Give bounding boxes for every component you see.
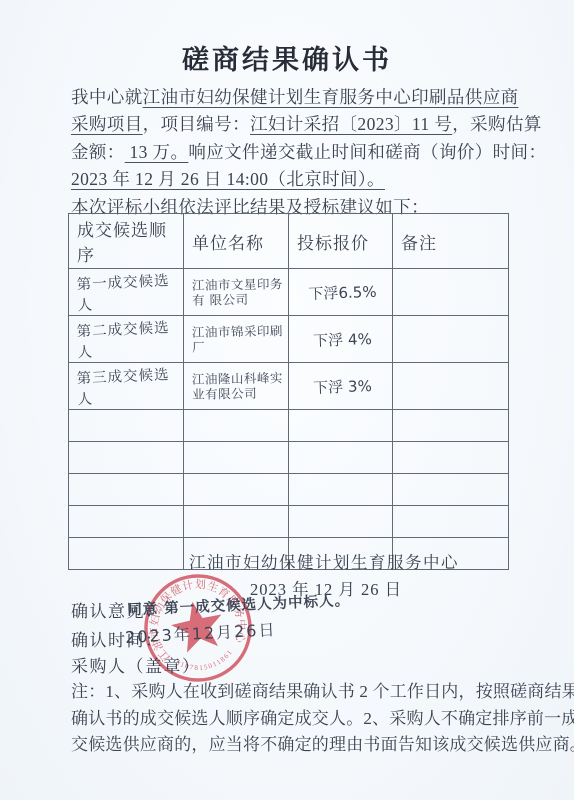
document-title: 磋商结果确认书 bbox=[0, 38, 574, 77]
footer-notes: 注：1、采购人在收到磋商结果确认书 2 个工作日内，按照磋商结果确认书的成交候选… bbox=[71, 679, 515, 759]
table-cell bbox=[393, 442, 509, 474]
handwritten-entry: 下浮6.5% bbox=[297, 280, 389, 304]
table-cell bbox=[289, 442, 393, 474]
table-cell bbox=[393, 474, 509, 506]
table-cell: 江油市锦采印刷厂 bbox=[184, 316, 289, 363]
plain-text: ，采购估算 bbox=[452, 114, 542, 134]
underlined-text: 江油市妇幼保健计划生育服务中心印刷品供应商 bbox=[143, 87, 519, 107]
table-cell bbox=[393, 316, 509, 363]
table-cell: 下浮 4% bbox=[289, 316, 393, 363]
handwritten-entry: 下浮 4% bbox=[297, 327, 389, 351]
intro-paragraph: 我中心就江油市妇幼保健计划生育服务中心印刷品供应商采购项目，项目编号：江妇计采招… bbox=[71, 84, 511, 221]
table-cell bbox=[184, 410, 289, 442]
table-cell: 下浮 3% bbox=[289, 363, 393, 410]
text-line: 采购项目，项目编号：江妇计采招〔2023〕11 号，采购估算 bbox=[71, 111, 511, 138]
column-header: 单位名称 bbox=[184, 214, 289, 269]
handwritten-entry: 江油市文星印务有 限公司 bbox=[192, 276, 285, 308]
table-cell: 第三成交候选人 bbox=[69, 363, 184, 410]
table-cell bbox=[289, 474, 393, 506]
scanned-document-page: 磋商结果确认书 我中心就江油市妇幼保健计划生育服务中心印刷品供应商采购项目，项目… bbox=[0, 0, 574, 800]
table-row bbox=[69, 442, 509, 474]
table-cell bbox=[393, 363, 509, 410]
table-row: 第一成交候选人江油市文星印务有 限公司下浮6.5% bbox=[69, 269, 509, 316]
column-header: 投标报价 bbox=[289, 214, 393, 269]
text-line: 我中心就江油市妇幼保健计划生育服务中心印刷品供应商 bbox=[71, 84, 511, 111]
table-cell bbox=[69, 506, 184, 538]
table-cell: 江油市文星印务有 限公司 bbox=[184, 269, 289, 316]
table-row: 成交候选顺序单位名称投标报价备注 bbox=[69, 214, 509, 269]
table-row bbox=[69, 506, 509, 538]
handwritten-entry: 下浮 3% bbox=[297, 374, 389, 398]
handwritten-entry: 江油隆山科峰实 业有限公司 bbox=[192, 370, 285, 402]
table-cell bbox=[184, 506, 289, 538]
column-header: 备注 bbox=[393, 214, 509, 269]
column-header: 成交候选顺序 bbox=[69, 214, 184, 269]
table-cell bbox=[393, 410, 509, 442]
plain-text: ，项目编号： bbox=[143, 114, 250, 134]
table-cell: 第一成交候选人 bbox=[69, 269, 184, 316]
text-line: 金额： 13 万。响应文件递交截止时间和磋商（询价）时间： bbox=[71, 139, 511, 166]
handwritten-entry: 第二成交候选人 bbox=[76, 316, 180, 362]
table-row bbox=[69, 474, 509, 506]
plain-text: 我中心就 bbox=[71, 87, 143, 107]
text-line: 2023 年 12 月 26 日 14:00（北京时间）。 bbox=[71, 166, 511, 193]
table-cell: 江油隆山科峰实 业有限公司 bbox=[184, 363, 289, 410]
table-cell: 第二成交候选人 bbox=[69, 316, 184, 363]
table-row: 第三成交候选人江油隆山科峰实 业有限公司下浮 3% bbox=[69, 363, 509, 410]
note-line: 注：1、采购人在收到磋商结果确认书 2 个工作日内，按照磋商结果 bbox=[71, 679, 515, 706]
purchaser-seal-label: 采购人（盖章） bbox=[71, 652, 201, 677]
underlined-text: 2023 年 12 月 26 日 14:00（北京时间）。 bbox=[71, 169, 385, 189]
table-cell bbox=[69, 442, 184, 474]
handwritten-entry: 江油市锦采印刷厂 bbox=[192, 323, 285, 355]
table-cell bbox=[69, 410, 184, 442]
underlined-text: 采购项目 bbox=[71, 114, 143, 134]
handwritten-entry: 第三成交候选人 bbox=[76, 363, 180, 409]
handwritten-entry: 第一成交候选人 bbox=[76, 269, 180, 315]
table-cell bbox=[184, 442, 289, 474]
note-line: 交候选供应商的，应当将不确定的理由书面告知该成交候选供应商。 bbox=[71, 732, 515, 759]
note-line: 确认书的成交候选人顺序确定成交人。2、采购人不确定排序前一成 bbox=[71, 706, 515, 733]
table-cell bbox=[69, 538, 184, 570]
table-cell bbox=[289, 506, 393, 538]
table-cell: 下浮6.5% bbox=[289, 269, 393, 316]
table-cell bbox=[393, 506, 509, 538]
plain-text: 响应文件递交截止时间和磋商（询价）时间： bbox=[188, 142, 546, 162]
table-cell bbox=[393, 269, 509, 316]
table-row bbox=[69, 410, 509, 442]
underlined-text: 江妇计采招〔2023〕11 号 bbox=[250, 114, 452, 134]
table-header-row: 成交候选顺序单位名称投标报价备注 bbox=[69, 214, 509, 269]
table-cell bbox=[289, 410, 393, 442]
table-cell bbox=[184, 474, 289, 506]
plain-text: 金额： bbox=[71, 142, 125, 162]
bid-result-table: 成交候选顺序单位名称投标报价备注 第一成交候选人江油市文星印务有 限公司下浮6.… bbox=[68, 213, 509, 570]
underlined-text: 13 万。 bbox=[125, 142, 189, 162]
table-body: 第一成交候选人江油市文星印务有 限公司下浮6.5%第二成交候选人江油市锦采印刷厂… bbox=[69, 269, 509, 570]
table-row: 第二成交候选人江油市锦采印刷厂下浮 4% bbox=[69, 316, 509, 363]
table-cell bbox=[69, 474, 184, 506]
